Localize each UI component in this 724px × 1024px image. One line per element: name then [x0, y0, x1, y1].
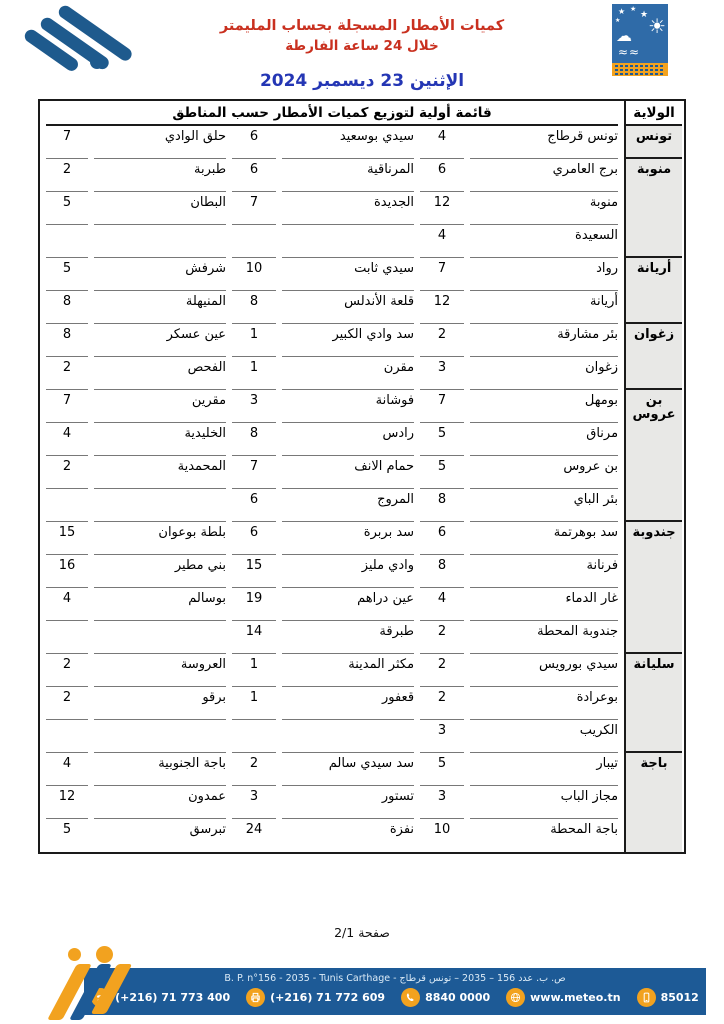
rain-value-cell: 12 [46, 786, 88, 819]
station-cell: باجة الجنوبية [94, 753, 226, 786]
fax-number: (+216) 71 772 609 [270, 991, 385, 1004]
station-cell: برقو [94, 687, 226, 720]
rainfall-table: الولاية قائمة أولية لتوزيع كميات الأمطار… [38, 99, 686, 854]
rain-value-cell: 3 [232, 786, 276, 819]
station-cell: المروج [282, 489, 414, 522]
rain-value-cell: 2 [420, 654, 464, 687]
sun-icon: ☀ [648, 16, 666, 36]
station-cell: أريانة [470, 291, 618, 324]
station-cell: برج العامري [470, 159, 618, 192]
station-cell: بني مطير [94, 555, 226, 588]
star-icon: ★ [630, 6, 636, 13]
rain-value-cell [46, 720, 88, 753]
governorate-cell: سليانة [624, 654, 682, 753]
station-cell: بلطة بوعوان [94, 522, 226, 555]
station-cell: سد بوهرتمة [470, 522, 618, 555]
institute-address: B. P. n°156 - 2035 - Tunis Carthage - ص.… [84, 968, 706, 984]
station-cell [94, 225, 226, 258]
rain-value-cell: 10 [420, 819, 464, 852]
station-cell: حلق الوادي [94, 126, 226, 159]
station-cell: تبرسق [94, 819, 226, 852]
station-cell: فوشانة [282, 390, 414, 423]
cloud-icon: ☁ [616, 28, 632, 44]
rain-value-cell: 1 [232, 687, 276, 720]
rain-value-cell: 2 [232, 753, 276, 786]
station-cell: منوبة [470, 192, 618, 225]
rain-value-cell: 4 [46, 753, 88, 786]
station-cell: سد بربرة [282, 522, 414, 555]
rain-value-cell: 2 [420, 687, 464, 720]
station-cell: نفزة [282, 819, 414, 852]
station-cell: عمدون [94, 786, 226, 819]
rain-value-cell: 5 [420, 753, 464, 786]
rain-value-cell [46, 225, 88, 258]
rain-value-cell: 5 [420, 456, 464, 489]
rain-value-cell [232, 225, 276, 258]
station-cell: قلعة الأندلس [282, 291, 414, 324]
rain-value-cell: 15 [46, 522, 88, 555]
report-title-line2: خلال 24 ساعة الفارطة [162, 37, 562, 57]
rain-value-cell: 8 [420, 555, 464, 588]
rain-value-cell: 12 [420, 291, 464, 324]
station-cell: سيدي بورويس [470, 654, 618, 687]
station-cell: تستور [282, 786, 414, 819]
governorate-cell: أريانة [624, 258, 682, 324]
rain-value-cell: 4 [420, 588, 464, 621]
logo-caption-strip [612, 63, 668, 76]
station-cell [94, 621, 226, 654]
station-cell: الكريب [470, 720, 618, 753]
rain-value-cell: 3 [420, 357, 464, 390]
rain-value-cell: 2 [46, 456, 88, 489]
rain-value-cell: 5 [420, 423, 464, 456]
station-cell: بوعرادة [470, 687, 618, 720]
rain-value-cell [46, 621, 88, 654]
station-cell: سد وادي الكبير [282, 324, 414, 357]
station-cell [94, 720, 226, 753]
rain-value-cell: 5 [46, 192, 88, 225]
call-center-number: 8840 0000 [425, 991, 490, 1004]
station-cell: بئر مشارقة [470, 324, 618, 357]
station-cell: الفحص [94, 357, 226, 390]
rain-value-cell: 2 [46, 357, 88, 390]
rain-value-cell: 8 [46, 291, 88, 324]
station-cell: بومهل [470, 390, 618, 423]
brand-stripes-logo [24, 0, 144, 90]
rain-value-cell: 7 [232, 456, 276, 489]
station-cell: مرناق [470, 423, 618, 456]
handset-contact: 8840 0000 [401, 988, 490, 1007]
station-cell: البطان [94, 192, 226, 225]
star-icon: ★ [615, 18, 620, 24]
rain-value-cell: 7 [46, 126, 88, 159]
station-cell: العروسة [94, 654, 226, 687]
station-cell: باجة المحطة [470, 819, 618, 852]
rain-value-cell: 8 [420, 489, 464, 522]
station-cell: سد سيدي سالم [282, 753, 414, 786]
website-url: www.meteo.tn [530, 991, 620, 1004]
rain-value-cell: 8 [46, 324, 88, 357]
fax-icon [246, 988, 265, 1007]
rain-value-cell: 7 [46, 390, 88, 423]
station-cell: رواد [470, 258, 618, 291]
station-cell [94, 489, 226, 522]
stripe-dot-icon [96, 946, 113, 963]
star-icon: ★ [618, 8, 625, 16]
rain-value-cell: 2 [420, 324, 464, 357]
station-cell: مقرن [282, 357, 414, 390]
rain-value-cell: 10 [232, 258, 276, 291]
handset-icon [401, 988, 420, 1007]
station-cell: السعيدة [470, 225, 618, 258]
rain-value-cell: 5 [46, 258, 88, 291]
globe-icon [506, 988, 525, 1007]
rain-value-cell: 7 [420, 390, 464, 423]
governorate-cell: منوبة [624, 159, 682, 258]
station-cell: مكثر المدينة [282, 654, 414, 687]
rain-value-cell: 4 [420, 225, 464, 258]
rain-value-cell: 4 [46, 588, 88, 621]
station-cell [282, 720, 414, 753]
rain-value-cell: 1 [232, 654, 276, 687]
station-cell: تيبار [470, 753, 618, 786]
stripe-dot-icon [90, 55, 104, 69]
footer-stripes-decoration [52, 946, 142, 1022]
rain-value-cell: 7 [232, 192, 276, 225]
region-column-header: الولاية [624, 101, 682, 126]
station-cell: وادي مليز [282, 555, 414, 588]
rain-value-cell: 6 [232, 126, 276, 159]
rain-value-cell: 4 [420, 126, 464, 159]
document-page: كميات الأمطار المسجلة بحساب المليمتر خلا… [0, 0, 724, 1024]
station-cell: رادس [282, 423, 414, 456]
station-cell: المحمدية [94, 456, 226, 489]
station-cell: فرنانة [470, 555, 618, 588]
report-title-line1: كميات الأمطار المسجلة بحساب المليمتر [162, 16, 562, 37]
rain-value-cell: 5 [46, 819, 88, 852]
rain-value-cell: 2 [46, 687, 88, 720]
station-cell: سيدي بوسعيد [282, 126, 414, 159]
station-cell: مجاز الباب [470, 786, 618, 819]
weather-institute-logo: ★ ★ ★ ★ ☀ ☁ ≈≈ [612, 4, 668, 76]
governorate-cell: جندوبة [624, 522, 682, 654]
station-cell: الخليدية [94, 423, 226, 456]
station-cell: قعفور [282, 687, 414, 720]
governorate-cell: تونس [624, 126, 682, 159]
rain-value-cell: 6 [420, 159, 464, 192]
report-header: كميات الأمطار المسجلة بحساب المليمتر خلا… [162, 16, 562, 91]
station-cell [282, 225, 414, 258]
rain-value-cell: 1 [232, 324, 276, 357]
rain-value-cell: 6 [232, 489, 276, 522]
contact-row: (+216) 71 773 400 (+216) 71 772 609 8840… [84, 988, 706, 1007]
station-cell: جندوبة المحطة [470, 621, 618, 654]
station-cell: حمام الانف [282, 456, 414, 489]
rain-value-cell: 15 [232, 555, 276, 588]
rain-value-cell: 3 [420, 786, 464, 819]
sms-contact: 85012 [637, 988, 699, 1007]
star-icon: ★ [640, 11, 648, 20]
table-caption: قائمة أولية لتوزيع كميات الأمطار حسب الم… [46, 101, 618, 126]
rain-value-cell: 6 [232, 159, 276, 192]
station-cell: بن عروس [470, 456, 618, 489]
footer-band: B. P. n°156 - 2035 - Tunis Carthage - ص.… [84, 968, 706, 1015]
rain-value-cell: 24 [232, 819, 276, 852]
station-cell: طبربة [94, 159, 226, 192]
governorate-cell: باجة [624, 753, 682, 852]
sms-number: 85012 [661, 991, 699, 1004]
station-cell: الجديدة [282, 192, 414, 225]
rain-value-cell: 7 [420, 258, 464, 291]
rain-value-cell: 12 [420, 192, 464, 225]
rain-value-cell: 16 [46, 555, 88, 588]
station-cell: بئر الباي [470, 489, 618, 522]
rain-value-cell: 2 [46, 654, 88, 687]
station-cell: طبرقة [282, 621, 414, 654]
rain-value-cell: 3 [420, 720, 464, 753]
station-cell: بوسالم [94, 588, 226, 621]
stripe-dot-icon [68, 948, 81, 961]
rain-value-cell [232, 720, 276, 753]
station-cell: عين عسكر [94, 324, 226, 357]
governorate-cell: زغوان [624, 324, 682, 390]
website-contact: www.meteo.tn [506, 988, 620, 1007]
rain-value-cell [46, 489, 88, 522]
station-cell: المنيهلة [94, 291, 226, 324]
fax-contact: (+216) 71 772 609 [246, 988, 385, 1007]
station-cell: زغوان [470, 357, 618, 390]
station-cell: عين دراهم [282, 588, 414, 621]
station-cell: المرناقية [282, 159, 414, 192]
rain-value-cell: 2 [420, 621, 464, 654]
governorate-cell: بن عروس [624, 390, 682, 522]
station-cell: سيدي ثابت [282, 258, 414, 291]
rain-value-cell: 6 [420, 522, 464, 555]
rain-value-cell: 8 [232, 291, 276, 324]
rain-value-cell: 19 [232, 588, 276, 621]
page-number: صفحة 2/1 [0, 925, 724, 940]
rain-value-cell: 6 [232, 522, 276, 555]
station-cell: شرفش [94, 258, 226, 291]
waves-icon: ≈≈ [618, 46, 640, 58]
rain-value-cell: 2 [46, 159, 88, 192]
report-date: الإثنين 23 ديسمبر 2024 [162, 71, 562, 91]
station-cell: مقرين [94, 390, 226, 423]
rain-value-cell: 3 [232, 390, 276, 423]
rain-value-cell: 8 [232, 423, 276, 456]
rain-value-cell: 1 [232, 357, 276, 390]
rain-value-cell: 14 [232, 621, 276, 654]
station-cell: تونس قرطاج [470, 126, 618, 159]
station-cell: غار الدماء [470, 588, 618, 621]
rain-value-cell: 4 [46, 423, 88, 456]
sms-icon [637, 988, 656, 1007]
